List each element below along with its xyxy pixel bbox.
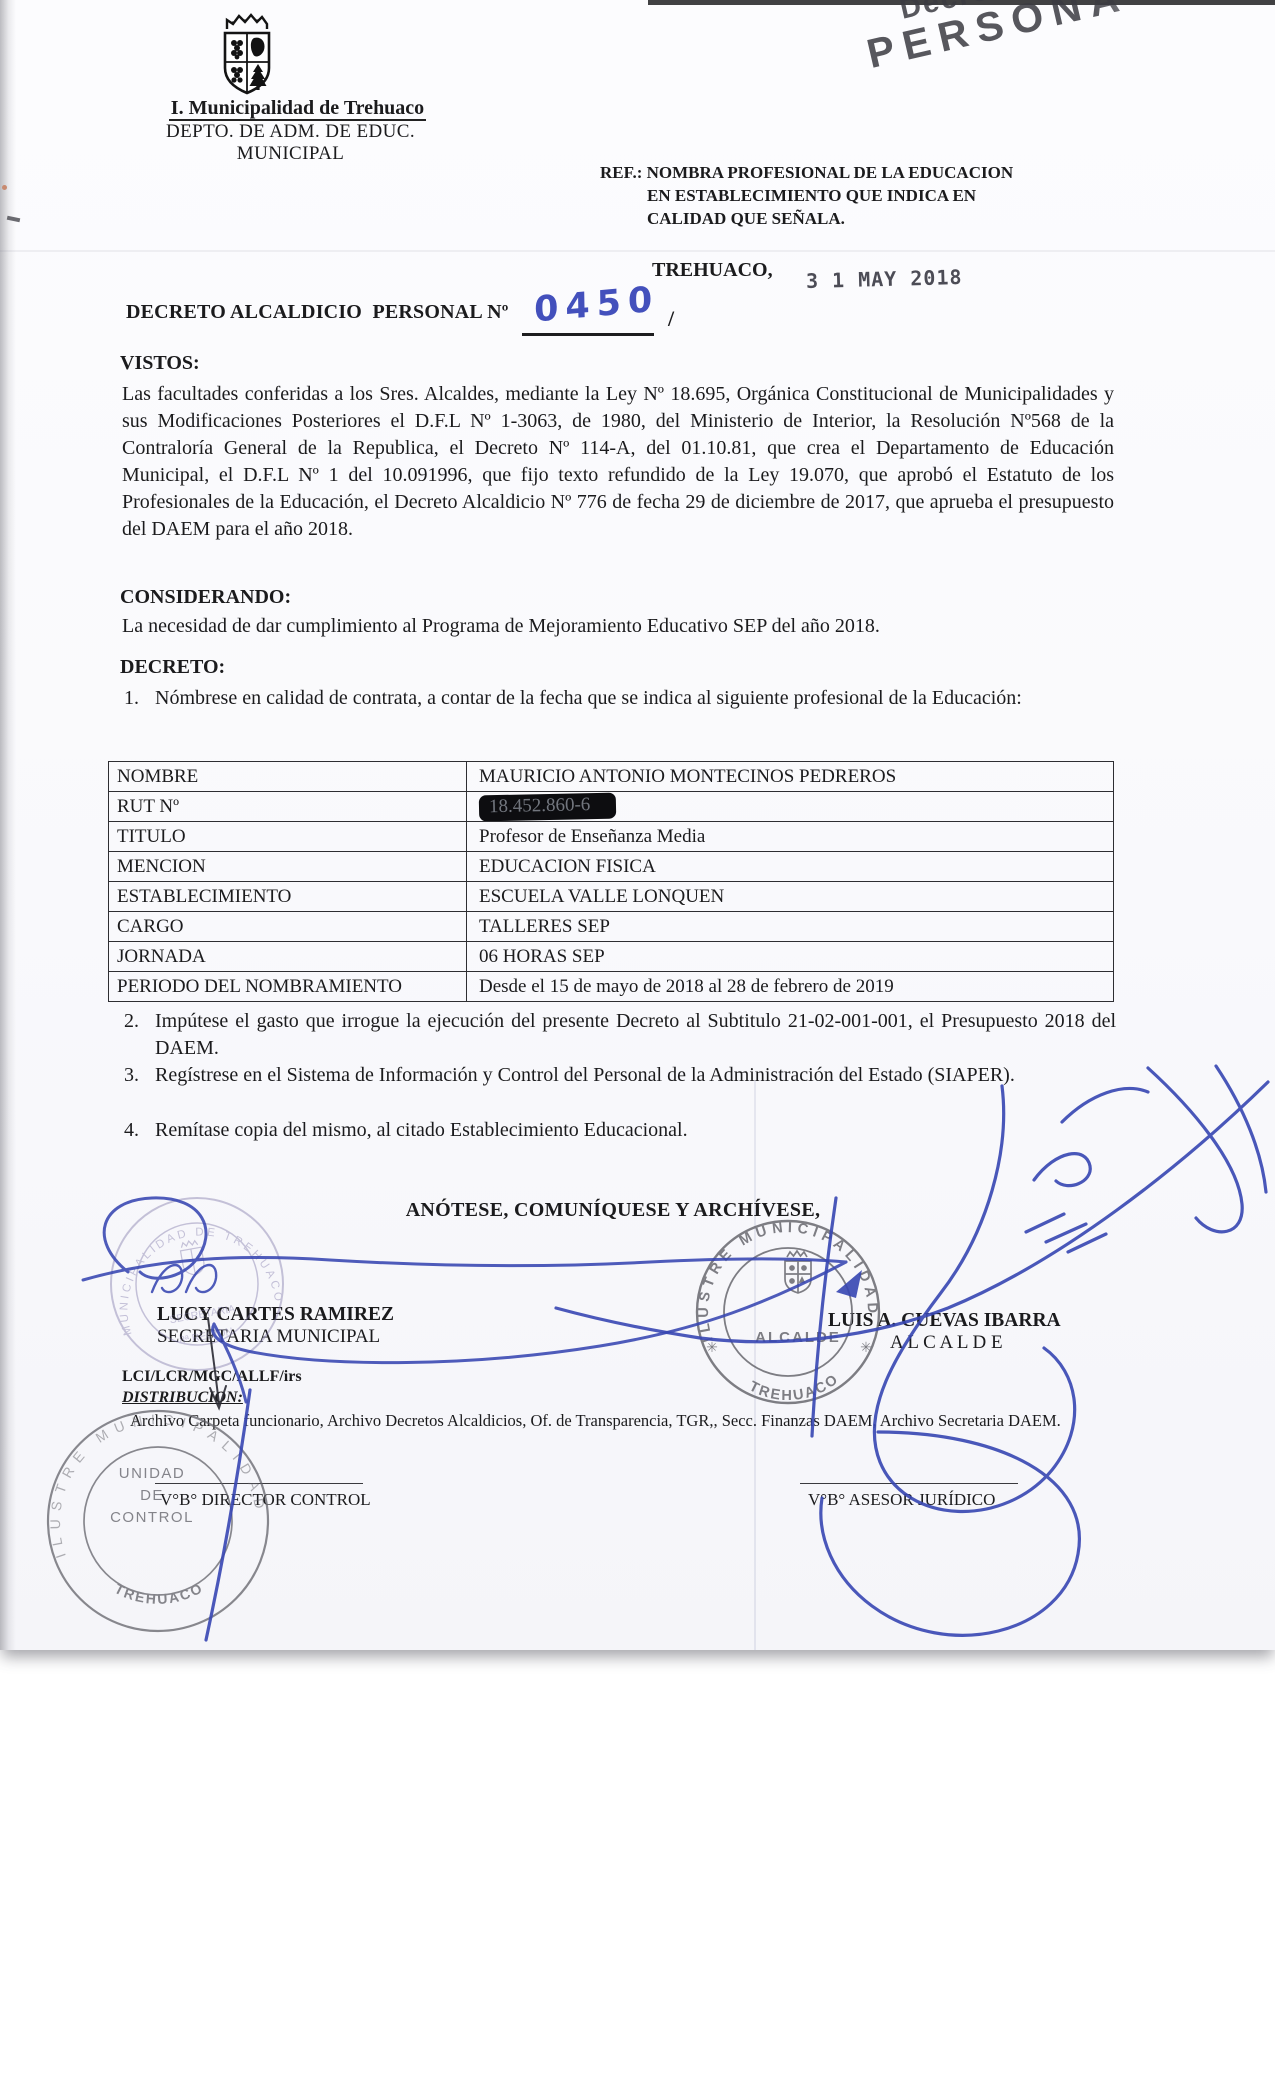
- scanned-decree-document: I. Municipalidad de Trehuaco DEPTO. DE A…: [0, 0, 1275, 2100]
- stamp-asterisk-icon: ✳: [860, 1339, 872, 1355]
- control-stamp-line3: CONTROL: [110, 1509, 194, 1526]
- secretaria-stamp-mid-text: SECRETARIA: [169, 1303, 236, 1326]
- stamps-and-signatures-overlay: MUNICIPALIDAD DE TREHUACO SECRETARIA 8ª …: [0, 0, 1275, 1650]
- stamp-asterisk-icon: ✳: [706, 1339, 718, 1355]
- mayor-signature: [206, 1066, 1268, 1640]
- control-stamp-line2: DE: [140, 1487, 164, 1504]
- control-stamp-bottom-arc: TREHUACO: [112, 1579, 206, 1607]
- control-unit-round-stamp: ILUSTRE MUNICIPALIDAD TREHUACO UNIDAD DE…: [47, 1411, 268, 1631]
- alcalde-round-stamp: ILUSTRE MUNICIPALIDAD TREHUACO ALCALDE ✳…: [696, 1220, 880, 1404]
- scanned-page: I. Municipalidad de Trehuaco DEPTO. DE A…: [0, 0, 1275, 1650]
- svg-text:TREHUACO: TREHUACO: [112, 1579, 206, 1607]
- control-stamp-line1: UNIDAD: [119, 1465, 186, 1482]
